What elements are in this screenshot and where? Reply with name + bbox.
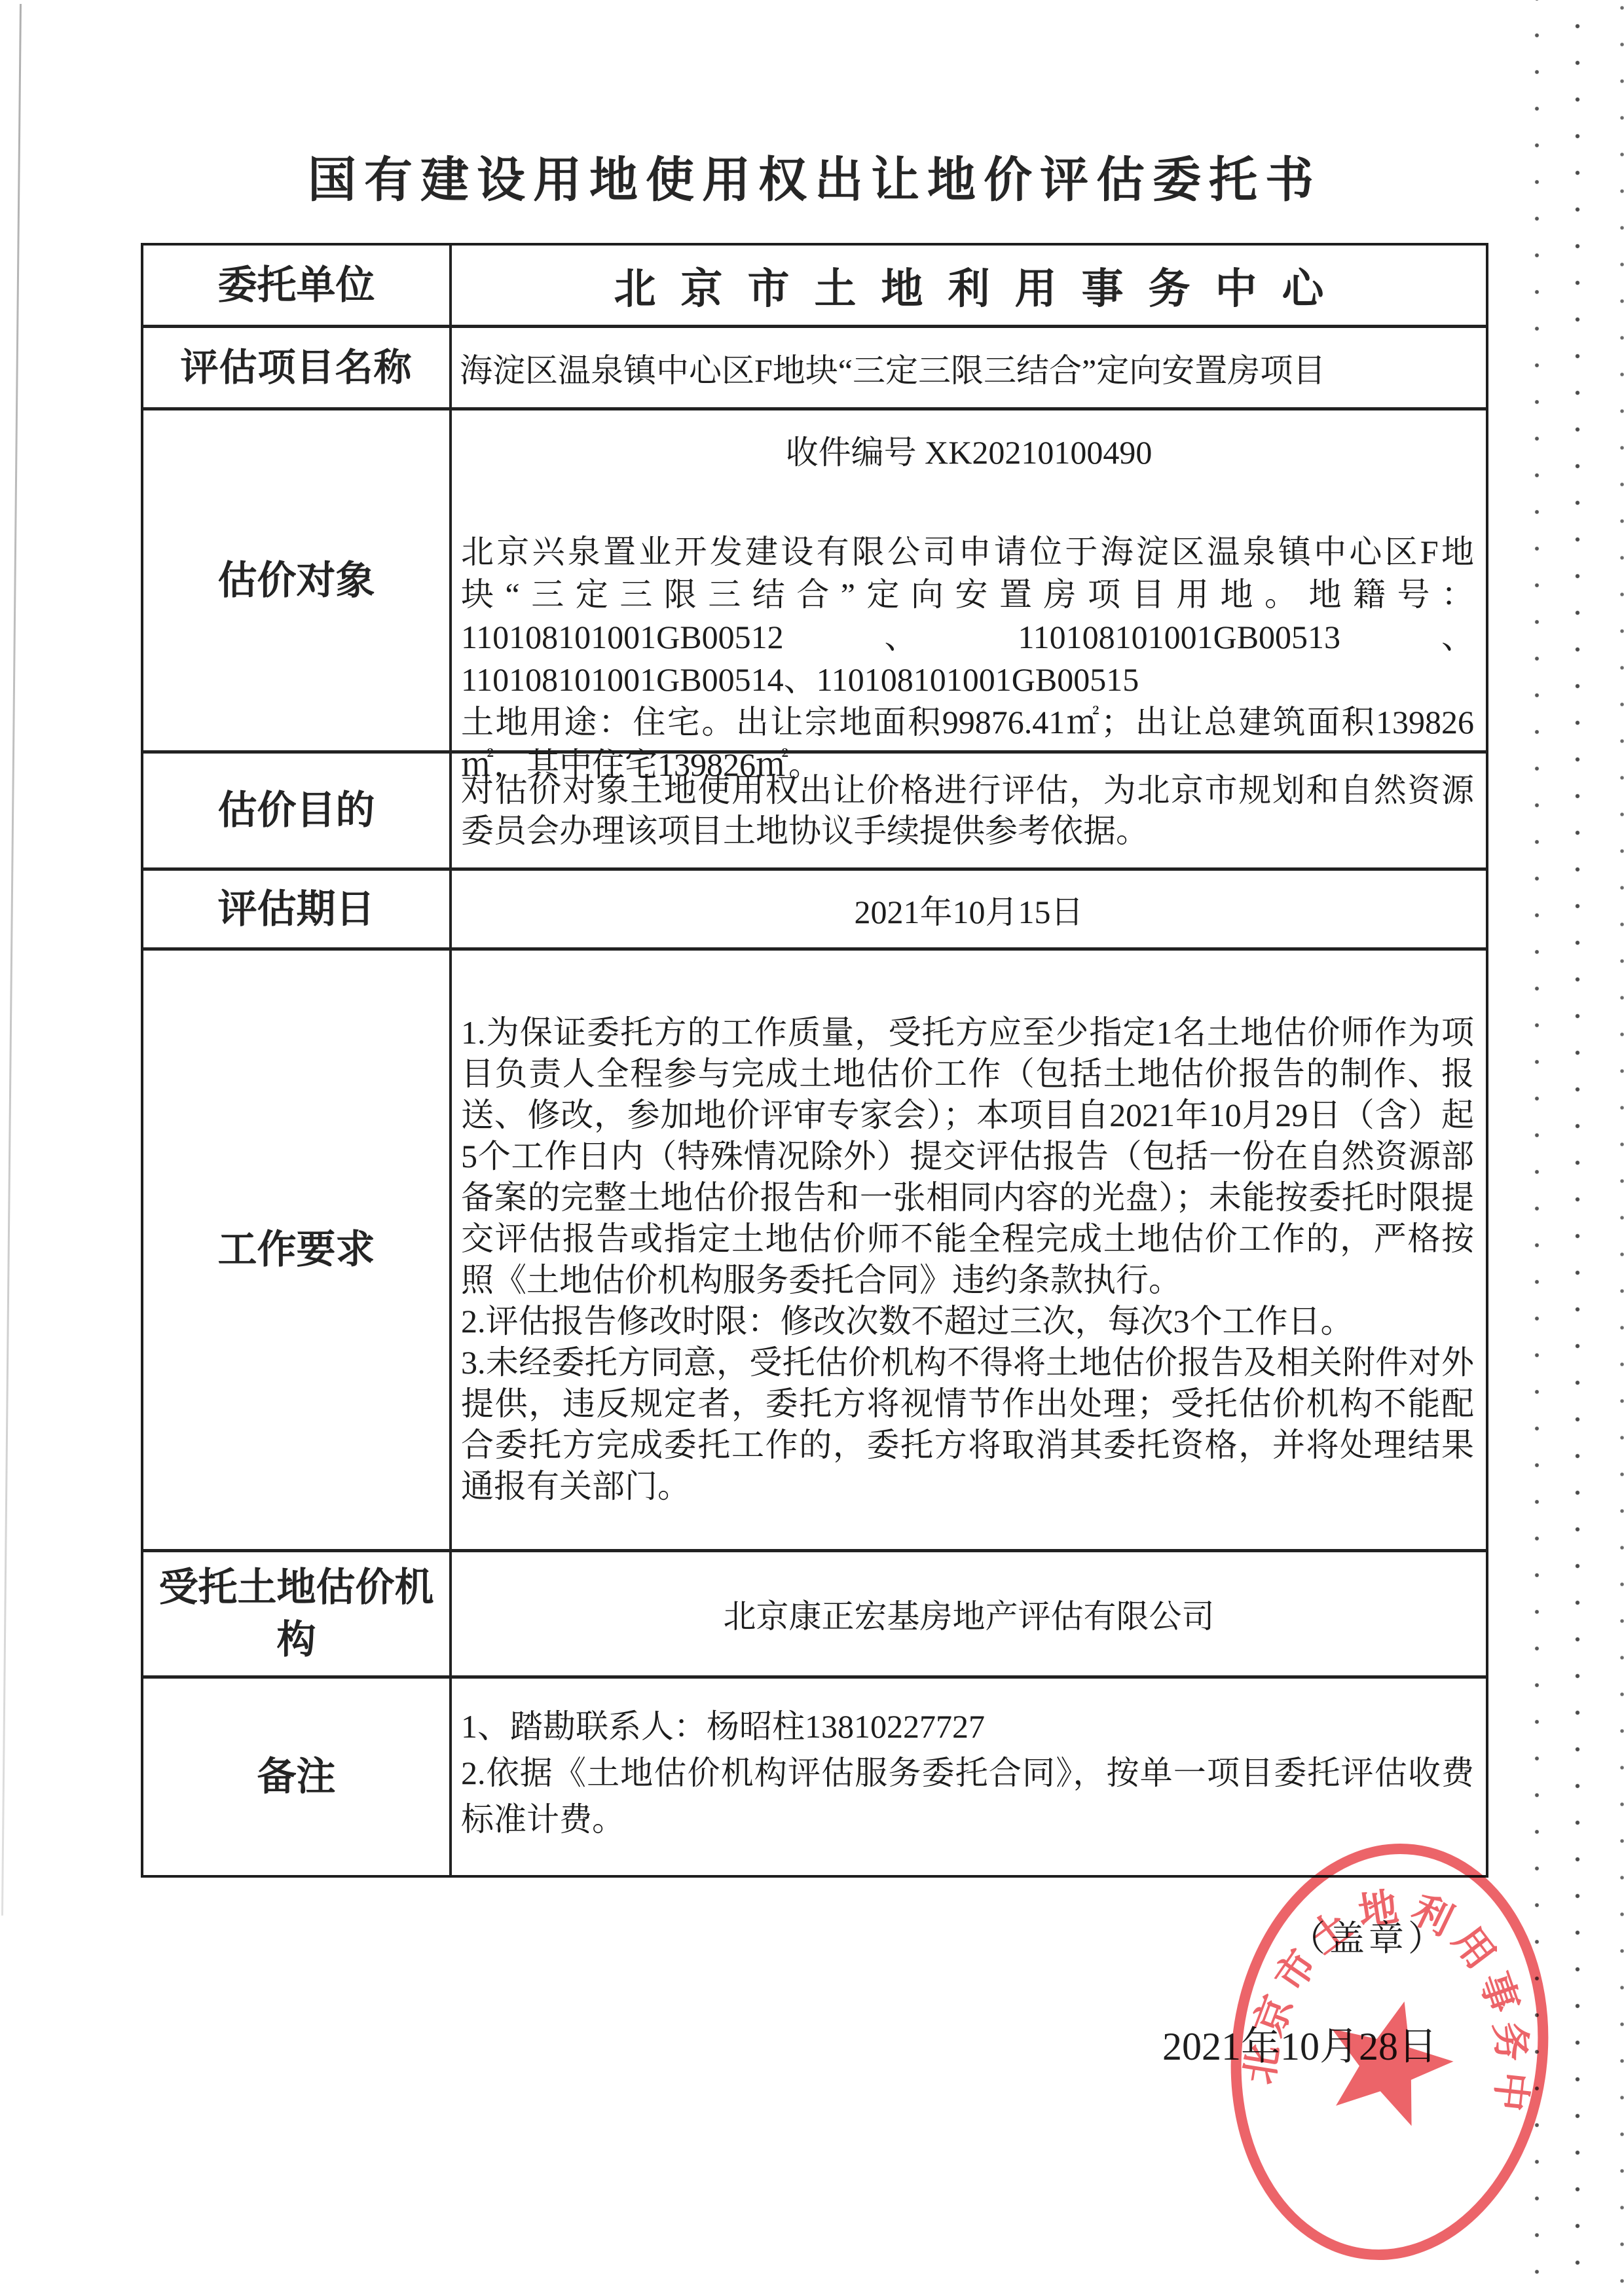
appraisal-purpose-text: 对估价对象土地使用权出让价格进行评估，为北京市规划和自然资源委员会办理该项目土地…: [452, 770, 1486, 851]
table-row-appraisal-purpose: 估价目的 对估价对象土地使用权出让价格进行评估，为北京市规划和自然资源委员会办理…: [143, 754, 1486, 871]
row-label-entrust-unit: 委托单位: [143, 246, 452, 325]
work-requirement-item: 2.评估报告修改时限：修改次数不超过三次，每次3个工作日。: [452, 1301, 1486, 1342]
row-label-appraisal-purpose: 估价目的: [143, 754, 452, 867]
table-row-appraisal-object: 估价对象 收件编号 XK20210100490 北京兴泉置业开发建设有限公司申请…: [143, 410, 1486, 754]
work-requirement-item: 1.为保证委托方的工作质量，受托方应至少指定1名土地估价师作为项目负责人全程参与…: [452, 1012, 1486, 1301]
receipt-number: 收件编号 XK20210100490: [452, 426, 1486, 473]
remark-item: 2.依据《土地估价机构评估服务委托合同》，按单一项目委托评估收费标准计费。: [452, 1750, 1486, 1843]
official-seal: 北京市土地利用事务中心: [1222, 1832, 1557, 2272]
row-label-work-requirements: 工作要求: [143, 951, 452, 1549]
scan-edge-artifact: [1, 4, 22, 1916]
row-value-project-name-cell: 海淀区温泉镇中心区F地块“三定三限三结合”定向安置房项目: [452, 328, 1486, 407]
table-row-project-name: 评估项目名称 海淀区温泉镇中心区F地块“三定三限三结合”定向安置房项目: [143, 328, 1486, 410]
row-label-project-name: 评估项目名称: [143, 328, 452, 407]
table-row-work-requirements: 工作要求 1.为保证委托方的工作质量，受托方应至少指定1名土地估价师作为项目负责…: [143, 951, 1486, 1552]
row-value-appraisal-purpose-cell: 对估价对象土地使用权出让价格进行评估，为北京市规划和自然资源委员会办理该项目土地…: [452, 754, 1486, 867]
table-row-entrusted-agency: 受托土地估价机构 北京康正宏基房地产评估有限公司: [143, 1552, 1486, 1679]
entrusted-agency-value: 北京康正宏基房地产评估有限公司: [724, 1590, 1215, 1637]
entrust-unit-value: 北京市土地利用事务中心: [589, 255, 1349, 316]
scanned-document-page: 国有建设用地使用权出让地价评估委托书 委托单位 北京市土地利用事务中心 评估项目…: [0, 0, 1624, 2296]
table-row-entrust-unit: 委托单位 北京市土地利用事务中心: [143, 246, 1486, 328]
page-title: 国有建设用地使用权出让地价评估委托书: [141, 141, 1488, 211]
row-value-work-requirements-cell: 1.为保证委托方的工作质量，受托方应至少指定1名土地估价师作为项目负责人全程参与…: [452, 951, 1486, 1549]
remark-item: 1、踏勘联系人：杨昭柱13810227727: [452, 1704, 1486, 1750]
row-value-valuation-date-cell: 2021年10月15日: [452, 871, 1486, 947]
row-value-appraisal-object-cell: 收件编号 XK20210100490 北京兴泉置业开发建设有限公司申请位于海淀区…: [452, 410, 1486, 750]
appraisal-object-description: 北京兴泉置业开发建设有限公司申请位于海淀区温泉镇中心区F地块“三定三限三结合”定…: [452, 531, 1486, 786]
row-label-remarks: 备注: [143, 1679, 452, 1875]
seal-star-icon: [1313, 1985, 1465, 2132]
row-label-entrusted-agency: 受托土地估价机构: [143, 1552, 452, 1675]
table-row-valuation-date: 评估期日 2021年10月15日: [143, 871, 1486, 951]
row-label-appraisal-object: 估价对象: [143, 410, 452, 750]
row-value-entrust-unit-cell: 北京市土地利用事务中心: [452, 246, 1486, 325]
commission-table: 委托单位 北京市土地利用事务中心 评估项目名称 海淀区温泉镇中心区F地块“三定三…: [141, 243, 1488, 1878]
project-name-value: 海淀区温泉镇中心区F地块“三定三限三结合”定向安置房项目: [452, 344, 1329, 392]
valuation-date-value: 2021年10月15日: [855, 886, 1084, 933]
work-requirement-item: 3.未经委托方同意，受托估价机构不得将土地估价报告及相关附件对外提供，违反规定者…: [452, 1342, 1486, 1507]
row-value-entrusted-agency-cell: 北京康正宏基房地产评估有限公司: [452, 1552, 1486, 1675]
row-label-valuation-date: 评估期日: [143, 871, 452, 947]
